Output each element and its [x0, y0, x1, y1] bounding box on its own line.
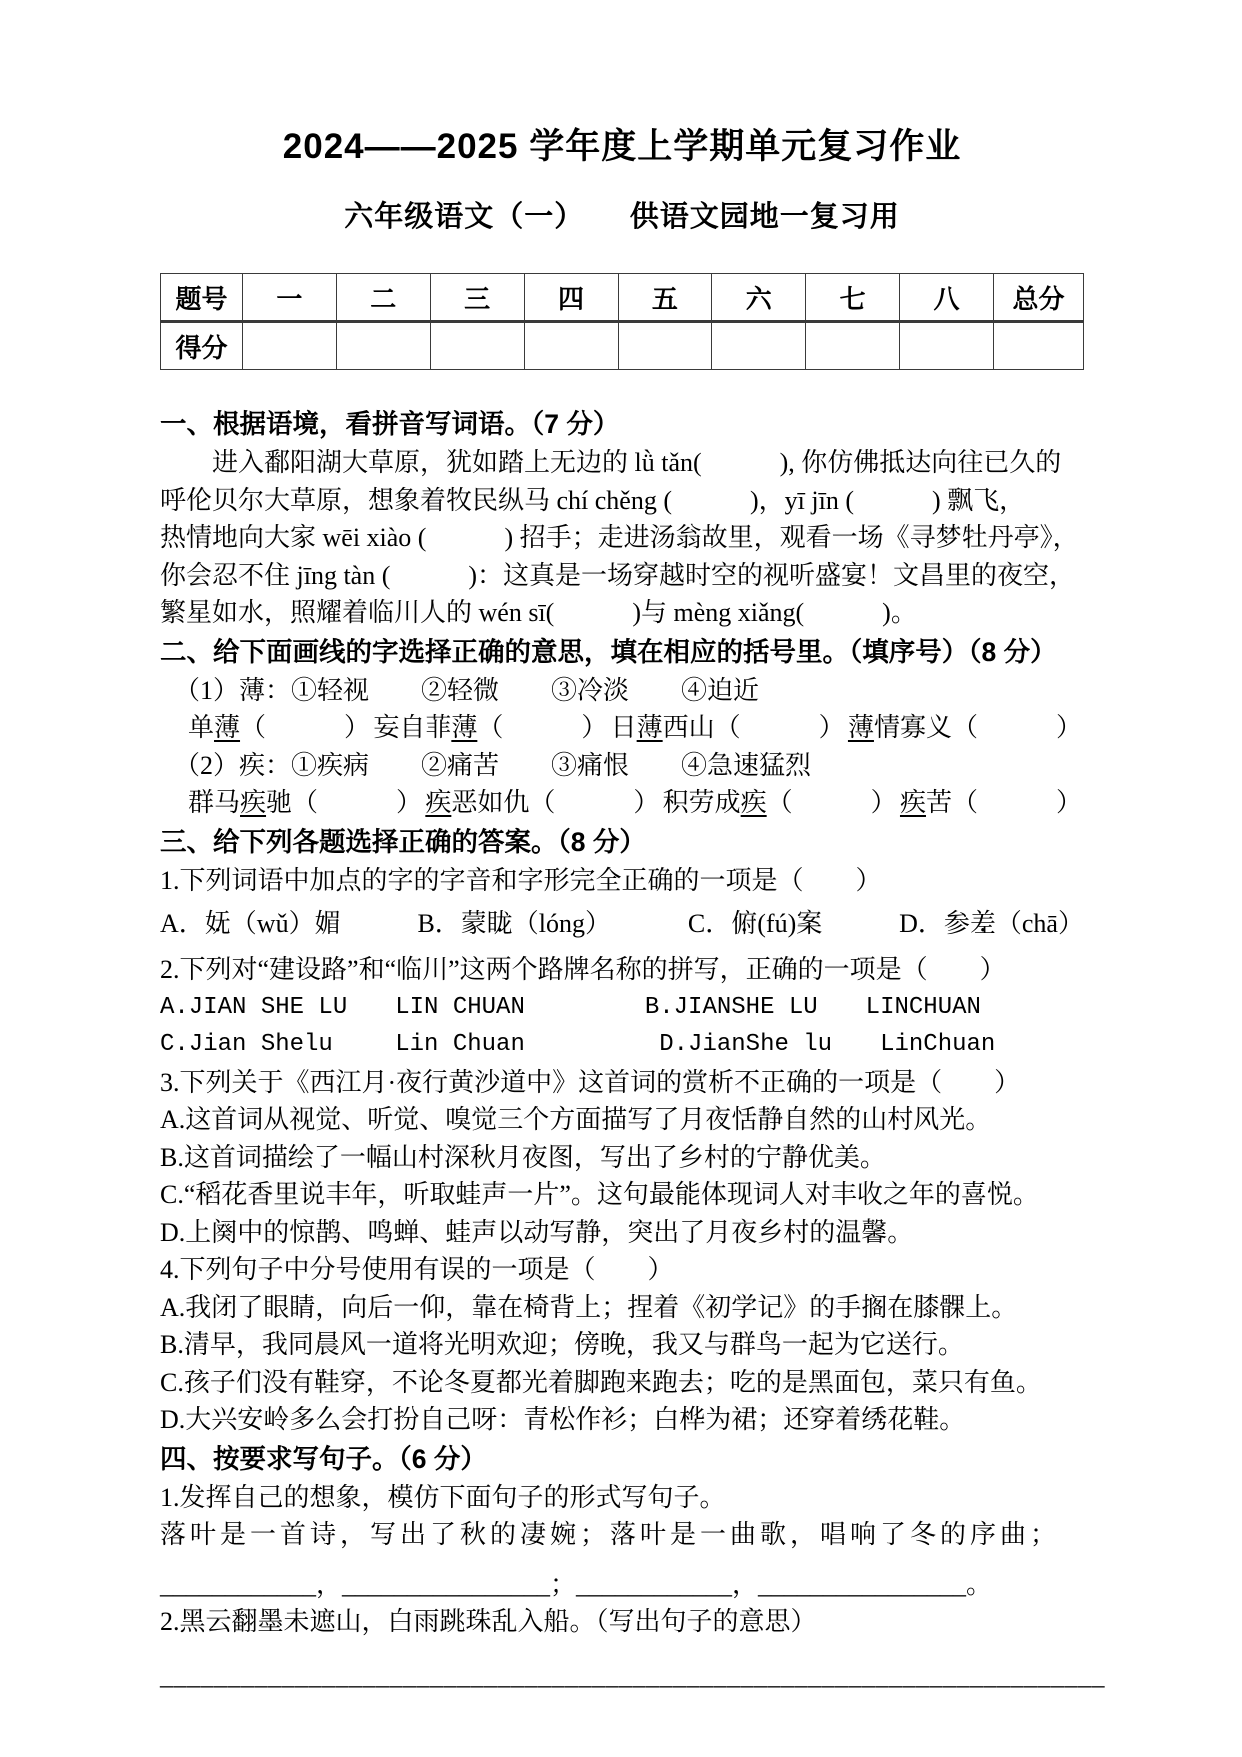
score-cell-empty — [243, 322, 337, 370]
score-table-col: 七 — [806, 274, 900, 322]
q3-option: B.这首词描绘了一幅山村深秋月夜图，写出了乡村的宁静优美。 — [160, 1139, 1084, 1177]
q3-option: C.“稻花香里说丰年，听取蛙声一片”。这句最能体现词人对丰收之年的喜悦。 — [160, 1176, 1084, 1214]
option-item: B．蒙眬（lóng） — [417, 905, 611, 942]
word-item: 日薄西山（ ） — [611, 709, 845, 747]
score-cell-empty — [806, 322, 900, 370]
q4-option: A.我闭了眼睛，向后一仰，靠在椅背上；捏着《初学记》的手搁在膝髁上。 — [160, 1289, 1084, 1327]
word-item: 薄情寡义（ ） — [848, 709, 1082, 747]
score-table: 题号 一 二 三 四 五 六 七 八 总分 得分 — [160, 273, 1084, 370]
score-cell-empty — [430, 322, 524, 370]
section4-heading: 四、按要求写句子。（6 分） — [160, 1439, 1084, 1479]
score-table-col: 六 — [712, 274, 806, 322]
q4-option: D.大兴安岭多么会打扮自己呀：青松作衫；白桦为裙；还穿着绣花鞋。 — [160, 1401, 1084, 1439]
section2-heading: 二、给下面画线的字选择正确的意思，填在相应的括号里。（填序号）（8 分） — [160, 632, 1084, 672]
page-title: 2024——2025 学年度上学期单元复习作业 — [160, 126, 1084, 168]
section2-item1-words: 单薄（ ） 妄自菲薄（ ） 日薄西山（ ） 薄情寡义（ ） — [160, 709, 1084, 747]
section1-paragraph-line: 进入鄱阳湖大草原，犹如踏上无边的 lǜ tǎn( ), 你仿佛抵达向往已久的 — [160, 444, 1084, 482]
section4-q2-answer-blank: ________________________________________… — [160, 1657, 1084, 1695]
exam-body: 一、根据语境，看拼音写词语。（7 分） 进入鄱阳湖大草原，犹如踏上无边的 lǜ … — [160, 404, 1084, 1694]
word-item: 群马疾驰（ ） — [188, 784, 422, 822]
score-table-header-row: 题号 一 二 三 四 五 六 七 八 总分 — [161, 274, 1084, 322]
section3-heading: 三、给下列各题选择正确的答案。（8 分） — [160, 822, 1084, 862]
score-table-col: 四 — [524, 274, 618, 322]
score-table-score-row: 得分 — [161, 322, 1084, 370]
section1-paragraph-line: 呼伦贝尔大草原，想象着牧民纵马 chí chěng ( )，yī jīn ( )… — [160, 482, 1084, 520]
exam-page: 2024——2025 学年度上学期单元复习作业 六年级语文（一） 供语文园地一复… — [0, 0, 1242, 1757]
score-table-col: 八 — [900, 274, 994, 322]
section2-item1-definitions: （1）薄：①轻视 ②轻微 ③冷淡 ④迫近 — [160, 672, 1084, 710]
score-table-col: 三 — [430, 274, 524, 322]
section1-heading: 一、根据语境，看拼音写词语。（7 分） — [160, 404, 1084, 444]
section4-q2-text: 2.黑云翻墨未遮山，白雨跳珠乱入船。（写出句子的意思） — [160, 1603, 1084, 1641]
section2-item2-definitions: （2）疾：①疾病 ②痛苦 ③痛恨 ④急速猛烈 — [160, 747, 1084, 785]
q2-option-line: A.JIAN SHE LU LIN CHUAN B.JIANSHE LU LIN… — [160, 989, 1084, 1027]
section4-q1-text: 1.发挥自己的想象，模仿下面句子的形式写句子。 — [160, 1479, 1084, 1517]
score-cell-empty — [994, 322, 1084, 370]
word-item: 妄自菲薄（ ） — [373, 709, 607, 747]
q3-option: D.上阕中的惊鹊、鸣蝉、蛙声以动写静，突出了月夜乡村的温馨。 — [160, 1214, 1084, 1252]
word-item: 疾恶如仇（ ） — [425, 784, 659, 822]
section4-q1-answer-blanks: ____________，________________；__________… — [160, 1566, 1084, 1604]
word-item: 积劳成疾（ ） — [663, 784, 897, 822]
score-cell-empty — [524, 322, 618, 370]
option-item: C．俯(fú)案 — [688, 905, 822, 942]
score-table-row-label: 题号 — [161, 274, 243, 322]
section1-paragraph-line: 繁星如水，照耀着临川人的 wén sī( )与 mèng xiǎng( )。 — [160, 594, 1084, 632]
score-cell-empty — [712, 322, 806, 370]
q4-stem: 4.下列句子中分号使用有误的一项是（ ） — [160, 1251, 1084, 1289]
word-item: 疾苦（ ） — [900, 784, 1082, 822]
word-item: 单薄（ ） — [188, 709, 370, 747]
q4-option: B.清早，我同晨风一道将光明欢迎；傍晚，我又与群鸟一起为它送行。 — [160, 1326, 1084, 1364]
section2-item2-words: 群马疾驰（ ） 疾恶如仇（ ） 积劳成疾（ ） 疾苦（ ） — [160, 784, 1084, 822]
score-table-row-label: 得分 — [161, 322, 243, 370]
score-cell-empty — [618, 322, 712, 370]
q2-option-line: C.Jian Shelu Lin Chuan D.JianShe lu LinC… — [160, 1026, 1084, 1064]
page-subtitle: 六年级语文（一） 供语文园地一复习用 — [160, 194, 1084, 235]
score-table-col: 一 — [243, 274, 337, 322]
q1-stem: 1.下列词语中加点的字的字音和字形完全正确的一项是（ ） — [160, 862, 1084, 900]
q3-option: A.这首词从视觉、听觉、嗅觉三个方面描写了月夜恬静自然的山村风光。 — [160, 1101, 1084, 1139]
option-item: A．妩（wǔ）媚 — [160, 905, 341, 942]
score-cell-empty — [900, 322, 994, 370]
option-item: D．参差（chā） — [899, 905, 1084, 942]
q1-options: A．妩（wǔ）媚 B．蒙眬（lóng） C．俯(fú)案 D．参差（chā） — [160, 905, 1084, 942]
q3-stem: 3.下列关于《西江月·夜行黄沙道中》这首词的赏析不正确的一项是（ ） — [160, 1064, 1084, 1102]
score-table-col: 总分 — [994, 274, 1084, 322]
score-cell-empty — [336, 322, 430, 370]
section1-paragraph-line: 热情地向大家 wēi xiào ( ) 招手；走进汤翁故里，观看一场《寻梦牡丹亭… — [160, 519, 1084, 557]
section1-paragraph-line: 你会忍不住 jīng tàn ( )：这真是一场穿越时空的视听盛宴！文昌里的夜空… — [160, 557, 1084, 595]
score-table-col: 五 — [618, 274, 712, 322]
score-table-col: 二 — [336, 274, 430, 322]
section4-q1-example: 落叶是一首诗，写出了秋的凄婉；落叶是一曲歌，唱响了冬的序曲； — [160, 1516, 1084, 1554]
q4-option: C.孩子们没有鞋穿，不论冬夏都光着脚跑来跑去；吃的是黑面包，菜只有鱼。 — [160, 1364, 1084, 1402]
q2-stem: 2.下列对“建设路”和“临川”这两个路牌名称的拼写，正确的一项是（ ） — [160, 951, 1084, 989]
